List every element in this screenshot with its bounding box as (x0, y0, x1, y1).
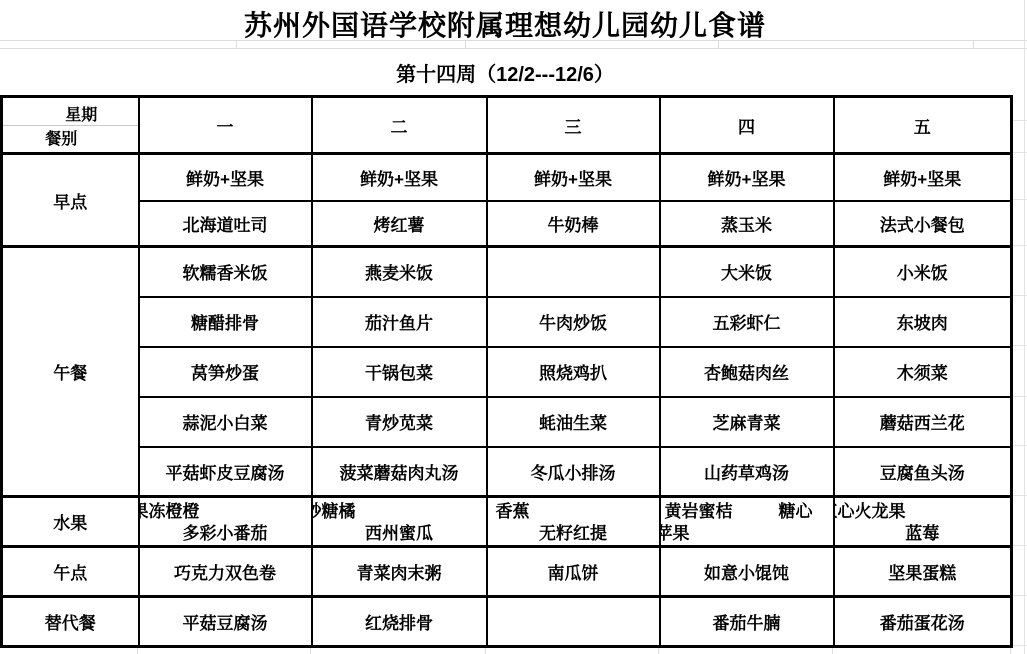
snack-row: 午点 巧克力双色卷 青菜肉末粥 南瓜饼 如意小馄饨 坚果蛋糕 (2, 547, 1012, 597)
menu-table: 星期 餐别 一 二 三 四 五 早点 鲜奶+坚果 鲜奶+坚果 鲜奶+坚果 鲜奶+… (0, 95, 1013, 648)
day-header-thu: 四 (660, 97, 834, 154)
day-header-fri: 五 (834, 97, 1012, 154)
menu-cell: 蚝油生菜 (487, 397, 660, 447)
menu-cell: 番茄牛腩 (660, 597, 834, 647)
faint-gridline (0, 48, 1027, 49)
fruit-cell-wed: 香蕉 无籽红提 (487, 497, 660, 547)
menu-cell: 鲜奶+坚果 (139, 154, 312, 201)
fruit-item: 黄岩蜜桔 (665, 501, 733, 523)
menu-cell: 坚果蛋糕 (834, 547, 1012, 597)
menu-cell: 鲜奶+坚果 (834, 154, 1012, 201)
menu-cell: 牛奶棒 (487, 201, 660, 247)
day-header-wed: 三 (487, 97, 660, 154)
fruit-cell-fri: 红心火龙果 蓝莓 (834, 497, 1012, 547)
day-header-tue: 二 (312, 97, 487, 154)
menu-cell: 杏鲍菇肉丝 (660, 347, 834, 397)
fruit-line: 多彩小番茄 (140, 523, 311, 545)
menu-cell: 木须菜 (834, 347, 1012, 397)
menu-cell: 蒸玉米 (660, 201, 834, 247)
meal-row-label-fruit: 水果 (2, 497, 139, 547)
week-label: 星期 (3, 102, 138, 126)
page-title: 苏州外国语学校附属理想幼儿园幼儿食谱 (0, 4, 1010, 44)
meal-row-label-substitute: 替代餐 (2, 597, 139, 647)
meal-label: 餐别 (3, 126, 138, 149)
meal-row-label-breakfast: 早点 (2, 154, 139, 247)
menu-cell: 软糯香米饭 (139, 247, 312, 297)
menu-cell: 青菜肉末粥 (312, 547, 487, 597)
menu-cell: 鲜奶+坚果 (312, 154, 487, 201)
menu-cell: 东坡肉 (834, 297, 1012, 347)
menu-cell (487, 597, 660, 647)
fruit-line: 西州蜜瓜 (313, 523, 486, 545)
menu-cell: 巧克力双色卷 (139, 547, 312, 597)
fruit-line: 砂糖橘 (312, 501, 486, 523)
menu-cell: 莴笋炒蛋 (139, 347, 312, 397)
menu-cell: 茄汁鱼片 (312, 297, 487, 347)
header-row: 星期 餐别 一 二 三 四 五 (2, 97, 1012, 154)
meal-row-label-lunch: 午餐 (2, 247, 139, 497)
lunch-row-2: 糖醋排骨 茄汁鱼片 牛肉炒饭 五彩虾仁 东坡肉 (2, 297, 1012, 347)
breakfast-row-2: 北海道吐司 烤红薯 牛奶棒 蒸玉米 法式小餐包 (2, 201, 1012, 247)
lunch-row-1: 午餐 软糯香米饭 燕麦米饭 大米饭 小米饭 (2, 247, 1012, 297)
menu-cell: 平菇虾皮豆腐汤 (139, 447, 312, 497)
menu-cell: 蒜泥小白菜 (139, 397, 312, 447)
fruit-line: 香蕉 (488, 501, 659, 523)
menu-cell: 平菇豆腐汤 (139, 597, 312, 647)
week-subtitle: 第十四周（12/2---12/6） (0, 58, 1010, 87)
fruit-line: 无籽红提 (488, 523, 659, 545)
substitute-row: 替代餐 平菇豆腐汤 红烧排骨 番茄牛腩 番茄蛋花汤 (2, 597, 1012, 647)
menu-cell: 鲜奶+坚果 (487, 154, 660, 201)
menu-cell: 糖醋排骨 (139, 297, 312, 347)
menu-cell: 牛肉炒饭 (487, 297, 660, 347)
menu-cell: 山药草鸡汤 (660, 447, 834, 497)
breakfast-row-1: 早点 鲜奶+坚果 鲜奶+坚果 鲜奶+坚果 鲜奶+坚果 鲜奶+坚果 (2, 154, 1012, 201)
meal-row-label-snack: 午点 (2, 547, 139, 597)
menu-cell: 红烧排骨 (312, 597, 487, 647)
fruit-line: 蓝莓 (835, 523, 1011, 545)
menu-cell: 菠菜蘑菇肉丸汤 (312, 447, 487, 497)
fruit-line: 苹果 (660, 523, 833, 545)
menu-cell: 照烧鸡扒 (487, 347, 660, 397)
menu-cell: 青炒苋菜 (312, 397, 487, 447)
faint-gridline (1024, 0, 1025, 654)
day-header-mon: 一 (139, 97, 312, 154)
corner-cell: 星期 餐别 (2, 97, 139, 154)
menu-cell: 番茄蛋花汤 (834, 597, 1012, 647)
menu-cell: 鲜奶+坚果 (660, 154, 834, 201)
menu-cell: 蘑菇西兰花 (834, 397, 1012, 447)
menu-cell: 法式小餐包 (834, 201, 1012, 247)
menu-document: 苏州外国语学校附属理想幼儿园幼儿食谱 第十四周（12/2---12/6） 星期 … (0, 0, 1027, 654)
menu-cell: 小米饭 (834, 247, 1012, 297)
menu-cell: 五彩虾仁 (660, 297, 834, 347)
fruit-cell-thu: 黄岩蜜桔 糖心 苹果 (660, 497, 834, 547)
menu-cell: 燕麦米饭 (312, 247, 487, 297)
lunch-row-5: 平菇虾皮豆腐汤 菠菜蘑菇肉丸汤 冬瓜小排汤 山药草鸡汤 豆腐鱼头汤 (2, 447, 1012, 497)
menu-cell: 北海道吐司 (139, 201, 312, 247)
fruit-cell-tue: 砂糖橘 西州蜜瓜 (312, 497, 487, 547)
menu-cell: 南瓜饼 (487, 547, 660, 597)
fruit-line: 黄岩蜜桔 糖心 (661, 501, 833, 523)
menu-cell: 干锅包菜 (312, 347, 487, 397)
menu-cell (487, 247, 660, 297)
menu-cell: 大米饭 (660, 247, 834, 297)
fruit-cell-mon: 果冻橙橙 多彩小番茄 (139, 497, 312, 547)
fruit-row: 水果 果冻橙橙 多彩小番茄 砂糖橘 西州蜜瓜 香蕉 无籽红提 (2, 497, 1012, 547)
menu-cell: 芝麻青菜 (660, 397, 834, 447)
fruit-line: 果冻橙橙 (139, 501, 311, 523)
fruit-item: 糖心 (779, 501, 813, 523)
menu-cell: 豆腐鱼头汤 (834, 447, 1012, 497)
menu-cell: 如意小馄饨 (660, 547, 834, 597)
fruit-line: 红心火龙果 (834, 501, 1011, 523)
lunch-row-3: 莴笋炒蛋 干锅包菜 照烧鸡扒 杏鲍菇肉丝 木须菜 (2, 347, 1012, 397)
menu-cell: 冬瓜小排汤 (487, 447, 660, 497)
lunch-row-4: 蒜泥小白菜 青炒苋菜 蚝油生菜 芝麻青菜 蘑菇西兰花 (2, 397, 1012, 447)
menu-cell: 烤红薯 (312, 201, 487, 247)
